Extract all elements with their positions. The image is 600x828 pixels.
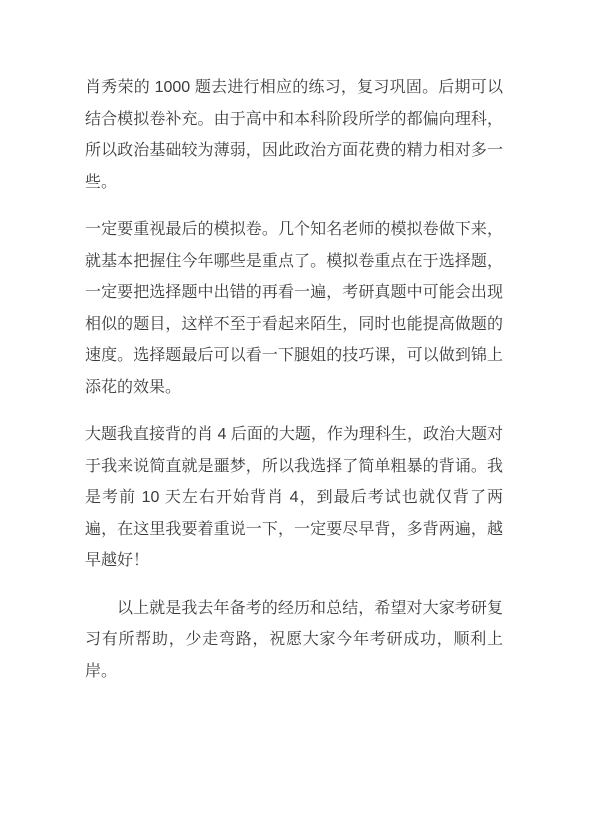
paragraph-4: 以上就是我去年备考的经历和总结，希望对大家考研复习有所帮助，少走弯路，祝愿大家今… [85, 593, 503, 688]
paragraph-2: 一定要重视最后的模拟卷。几个知名老师的模拟卷做下来，就基本把握住今年哪些是重点了… [85, 214, 503, 403]
article-body: 肖秀荣的 1000 题去进行相应的练习，复习巩固。后期可以结合模拟卷补充。由于高… [0, 0, 600, 687]
paragraph-3: 大题我直接背的肖 4 后面的大题，作为理科生，政治大题对于我来说简直就是噩梦，所… [85, 419, 503, 577]
paragraph-1: 肖秀荣的 1000 题去进行相应的练习，复习巩固。后期可以结合模拟卷补充。由于高… [85, 72, 503, 198]
document-page: 肖秀荣的 1000 题去进行相应的练习，复习巩固。后期可以结合模拟卷补充。由于高… [0, 0, 600, 828]
